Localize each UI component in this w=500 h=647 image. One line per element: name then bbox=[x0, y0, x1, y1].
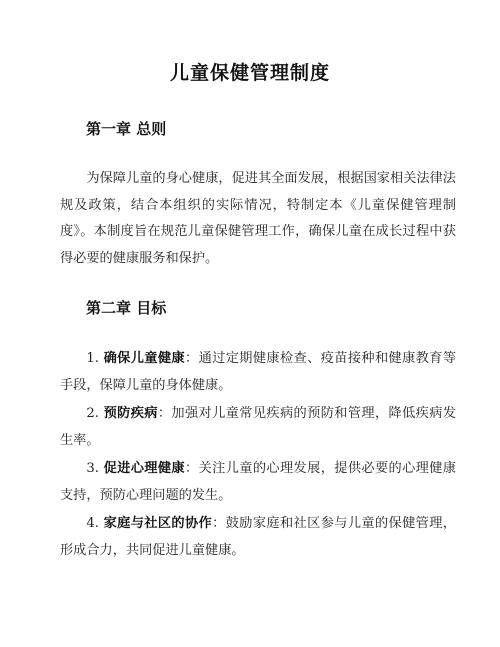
goal-separator: ： bbox=[212, 516, 226, 531]
goal-label: 家庭与社区的协作 bbox=[104, 516, 213, 531]
chapter-2-heading: 第二章 目标 bbox=[86, 297, 166, 318]
document-title: 儿童保健管理制度 bbox=[0, 58, 500, 85]
goal-number: 2. bbox=[86, 406, 99, 421]
goal-label: 预防疾病 bbox=[104, 406, 158, 421]
goal-number: 1. bbox=[86, 351, 99, 366]
goal-item-2: 2. 预防疾病：加强对儿童常见疾病的预防和管理，降低疾病发生率。 bbox=[60, 401, 456, 454]
goal-item-1: 1. 确保儿童健康：通过定期健康检查、疫苗接种和健康教育等手段，保障儿童的身体健… bbox=[60, 346, 456, 399]
goal-item-4: 4. 家庭与社区的协作：鼓励家庭和社区参与儿童的保健管理，形成合力，共同促进儿童… bbox=[60, 511, 456, 564]
chapter-1-heading: 第一章 总则 bbox=[86, 118, 166, 139]
document-page: 儿童保健管理制度 第一章 总则 为保障儿童的身心健康，促进其全面发展，根据国家相… bbox=[0, 0, 500, 647]
goal-separator: ： bbox=[185, 351, 199, 366]
goal-separator: ： bbox=[185, 461, 199, 476]
goal-item-3: 3. 促进心理健康：关注儿童的心理发展，提供必要的心理健康支持，预防心理问题的发… bbox=[60, 456, 456, 509]
goal-number: 4. bbox=[86, 516, 99, 531]
goal-number: 3. bbox=[86, 461, 99, 476]
chapter-1-paragraph: 为保障儿童的身心健康，促进其全面发展，根据国家相关法律法规及政策，结合本组织的实… bbox=[60, 166, 456, 272]
goal-label: 确保儿童健康 bbox=[104, 351, 185, 366]
goal-label: 促进心理健康 bbox=[104, 461, 185, 476]
goal-separator: ： bbox=[158, 406, 172, 421]
